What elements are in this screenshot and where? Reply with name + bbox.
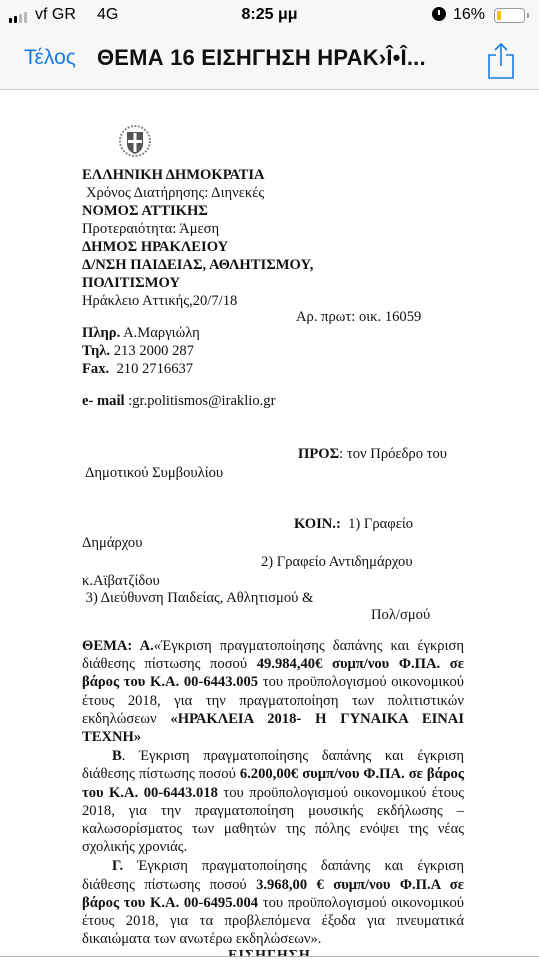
battery-percent: 16% bbox=[453, 6, 485, 24]
greek-coat-of-arms-icon bbox=[118, 124, 152, 158]
recipient-to-cont: Δημοτικού Συμβουλίου bbox=[85, 464, 223, 482]
contact-info-label: Πληρ. bbox=[82, 325, 120, 341]
header-priority: Προτεραιότητα: Άμεση bbox=[82, 220, 219, 238]
header-prefecture: ΝΟΜΟΣ ΑΤΤΙΚΗΣ bbox=[82, 202, 208, 220]
document-title: ΘΕΜΑ 16 ΕΙΣΗΓΗΣΗ ΗΡΑΚ›Î•Î... bbox=[97, 45, 467, 71]
contact-fax-label: Fax. bbox=[82, 361, 109, 377]
nav-bar: Τέλος ΘΕΜΑ 16 ΕΙΣΗΓΗΣΗ ΗΡΑΚ›Î•Î... bbox=[0, 32, 539, 90]
recipient-to-label: ΠΡΟΣ bbox=[298, 446, 339, 462]
alarm-icon bbox=[432, 7, 446, 21]
contact-phone: Τηλ. 213 2000 287 bbox=[82, 342, 194, 360]
subject-item-c: Γ. Έγκριση πραγματοποίησης δαπάνης και έ… bbox=[82, 857, 464, 948]
contact-fax-value: 210 2716637 bbox=[109, 361, 193, 377]
subject-item-b: Β. Έγκριση πραγματοποίησης δαπάνης και έ… bbox=[82, 747, 464, 856]
document-page[interactable]: ΕΛΛΗΝΙΚΗ ΔΗΜΟΚΡΑΤΙΑ Χρόνος Διατήρησης: Δ… bbox=[0, 91, 539, 960]
battery-icon bbox=[494, 8, 525, 23]
recipient-cc-3-cont: Πολ/σμού bbox=[371, 606, 430, 624]
contact-phone-value: 213 2000 287 bbox=[110, 343, 194, 359]
header-retention: Χρόνος Διατήρησης: Διηνεκές bbox=[86, 184, 264, 202]
contact-email-label: e- mail bbox=[82, 393, 125, 409]
share-icon bbox=[486, 42, 516, 80]
recipient-cc-2-cont: κ.Αϊβατζίδου bbox=[82, 572, 160, 590]
battery-tip bbox=[527, 13, 529, 18]
recipient-to-value: : τον Πρόεδρο του bbox=[339, 446, 447, 462]
header-republic: ΕΛΛΗΝΙΚΗ ΔΗΜΟΚΡΑΤΙΑ bbox=[82, 166, 265, 184]
recipient-to: ΠΡΟΣ: τον Πρόεδρο του bbox=[298, 445, 447, 463]
recipient-cc-1: 1) Γραφείο bbox=[341, 516, 413, 532]
recipient-cc-label: ΚΟΙΝ.: bbox=[294, 516, 341, 532]
header-municipality: ΔΗΜΟΣ ΗΡΑΚΛΕΙΟΥ bbox=[82, 238, 228, 256]
recipient-cc-1-cont: Δημάρχου bbox=[82, 534, 142, 552]
header-place-date: Ηράκλειο Αττικής,20/7/18 bbox=[82, 292, 237, 310]
contact-phone-label: Τηλ. bbox=[82, 343, 110, 359]
contact-info: Πληρ. Α.Μαργιώλη bbox=[82, 324, 200, 342]
section-heading-recommendation: ΕΙΣΗΓΗΣΗ bbox=[0, 947, 539, 956]
share-button[interactable] bbox=[486, 42, 516, 80]
header-department-cont: ΠΟΛΙΤΙΣΜΟΥ bbox=[82, 274, 180, 292]
contact-fax: Fax. 210 2716637 bbox=[82, 360, 193, 378]
contact-info-value: Α.Μαργιώλη bbox=[120, 325, 200, 341]
subject-b-label: Β bbox=[112, 748, 122, 764]
page-divider bbox=[0, 956, 539, 957]
battery-level bbox=[497, 11, 501, 20]
recipient-cc-3: 3) Διεύθυνση Παιδείας, Αθλητισμού & bbox=[82, 589, 313, 607]
status-bar: vf GR 4G 8:25 μμ 16% bbox=[0, 0, 539, 32]
recipient-cc: ΚΟΙΝ.: 1) Γραφείο bbox=[294, 515, 413, 533]
subject-label: ΘΕΜΑ: Α. bbox=[82, 638, 154, 654]
subject-section: ΘΕΜΑ: Α.«Έγκριση πραγματοποίησης δαπάνης… bbox=[82, 637, 464, 948]
subject-c-label: Γ. bbox=[112, 858, 123, 874]
recipient-cc-2: 2) Γραφείο Αντιδημάρχου bbox=[261, 553, 413, 571]
header-department: Δ/ΝΣΗ ΠΑΙΔΕΙΑΣ, ΑΘΛΗΤΙΣΜΟΥ, bbox=[82, 256, 313, 274]
header-protocol-number: Αρ. πρωτ: οικ. 16059 bbox=[296, 308, 421, 326]
contact-email-value[interactable]: :gr.politismos@iraklio.gr bbox=[125, 393, 276, 409]
done-button[interactable]: Τέλος bbox=[24, 46, 76, 70]
subject-item-a: ΘΕΜΑ: Α.«Έγκριση πραγματοποίησης δαπάνης… bbox=[82, 637, 464, 746]
contact-email: e- mail :gr.politismos@iraklio.gr bbox=[82, 392, 275, 410]
